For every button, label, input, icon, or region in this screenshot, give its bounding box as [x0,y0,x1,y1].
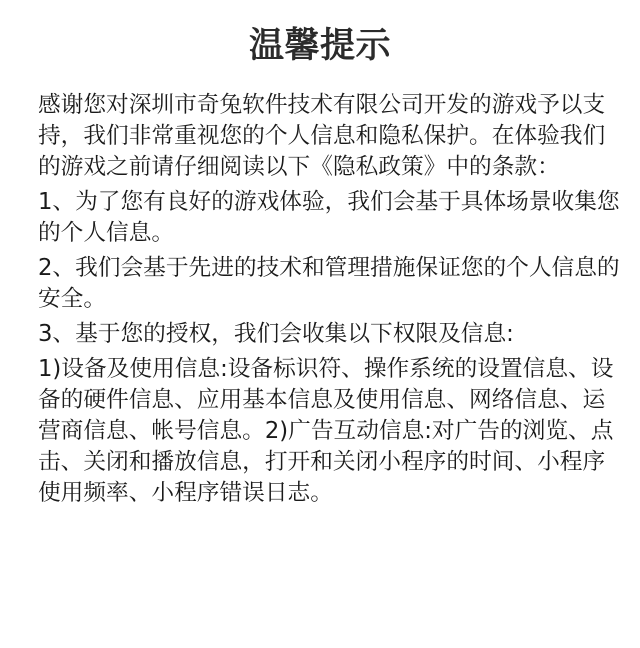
clause-3-paragraph: 3、基于您的授权，我们会收集以下权限及信息: [38,319,624,350]
intro-paragraph: 感谢您对深圳市奇兔软件技术有限公司开发的游戏予以支持，我们非常重视您的个人信息和… [38,90,624,183]
page-title: 温馨提示 [0,28,640,64]
privacy-notice-page: 温馨提示 感谢您对深圳市奇兔软件技术有限公司开发的游戏予以支持，我们非常重视您的… [0,0,640,648]
clause-2-paragraph: 2、我们会基于先进的技术和管理措施保证您的个人信息的安全。 [38,253,624,315]
clause-1-paragraph: 1、为了您有良好的游戏体验，我们会基于具体场景收集您的个人信息。 [38,187,624,249]
notice-body: 感谢您对深圳市奇兔软件技术有限公司开发的游戏予以支持，我们非常重视您的个人信息和… [0,90,624,509]
permissions-detail-paragraph: 1)设备及使用信息:设备标识符、操作系统的设置信息、设备的硬件信息、应用基本信息… [38,354,624,509]
